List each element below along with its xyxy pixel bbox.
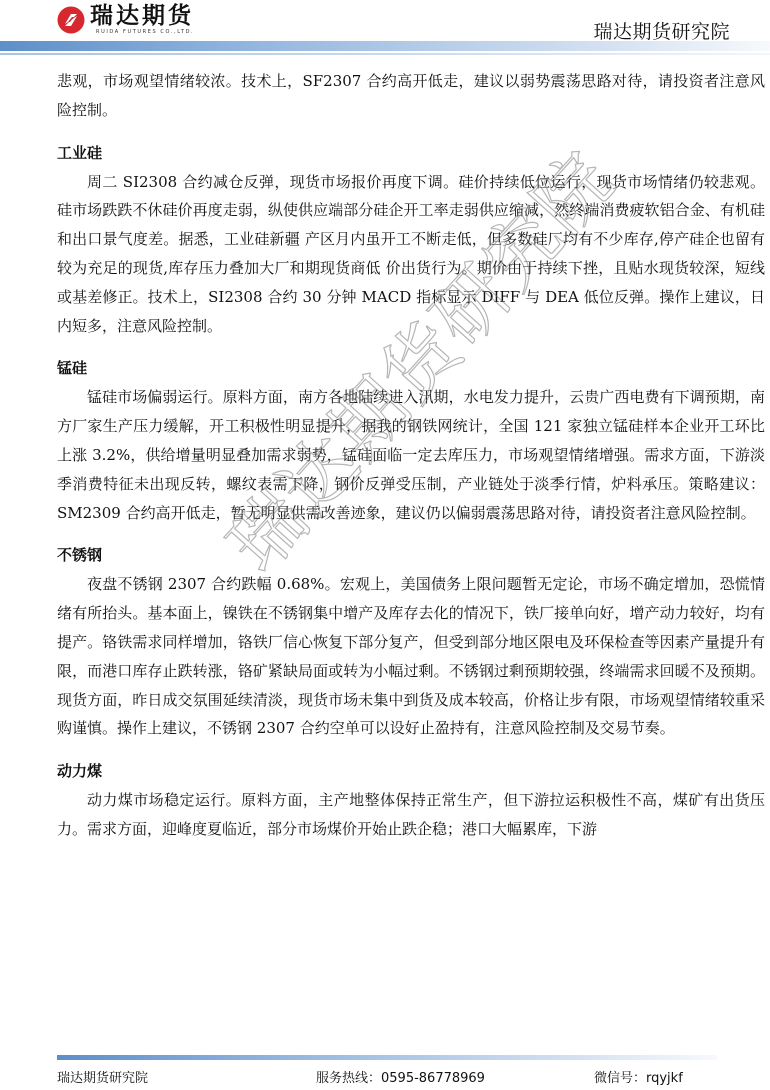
logo-english-name: RUIDA FUTURES CO.,LTD. bbox=[96, 29, 194, 36]
footer-divider-bar bbox=[57, 1055, 717, 1060]
paragraph: 夜盘不锈钢 2307 合约跌幅 0.68%。宏观上，美国债务上限问题暂无定论，市… bbox=[57, 570, 765, 743]
logo-chinese-name: 瑞达期货 bbox=[90, 3, 194, 29]
paragraph: 周二 SI2308 合约减仓反弹，现货市场报价再度下调。硅价持续低位运行，现货市… bbox=[57, 168, 765, 341]
header-divider-line bbox=[0, 53, 770, 55]
section-stainless-steel: 不锈钢 夜盘不锈钢 2307 合约跌幅 0.68%。宏观上，美国债务上限问题暂无… bbox=[57, 541, 765, 743]
section-thermal-coal: 动力煤 动力煤市场稳定运行。原料方面，主产地整体保持正常生产，但下游拉运积极性不… bbox=[57, 757, 765, 844]
section-heading: 不锈钢 bbox=[57, 541, 765, 569]
section-heading: 工业硅 bbox=[57, 139, 765, 167]
footer-wechat: 微信号：rqyjkf bbox=[594, 1067, 683, 1086]
paragraph: 悲观，市场观望情绪较浓。技术上，SF2307 合约高开低走，建议以弱势震荡思路对… bbox=[57, 67, 765, 125]
section-industrial-silicon: 工业硅 周二 SI2308 合约减仓反弹，现货市场报价再度下调。硅价持续低位运行… bbox=[57, 139, 765, 341]
header-divider-bar bbox=[0, 41, 770, 51]
header-title: 瑞达期货研究院 bbox=[593, 17, 730, 44]
ruida-logo-icon bbox=[56, 5, 86, 35]
company-logo: 瑞达期货 RUIDA FUTURES CO.,LTD. bbox=[56, 3, 194, 39]
section-silicomanganese: 锰硅 锰硅市场偏弱运行。原料方面，南方各地陆续进入汛期，水电发力提升，云贵广西电… bbox=[57, 354, 765, 527]
page-header: 瑞达期货 RUIDA FUTURES CO.,LTD. 瑞达期货研究院 bbox=[0, 0, 770, 58]
footer-org: 瑞达期货研究院 bbox=[57, 1067, 148, 1086]
page-footer: 瑞达期货研究院 服务热线：0595-86778969 微信号：rqyjkf bbox=[57, 1067, 757, 1087]
footer-hotline: 服务热线：0595-86778969 bbox=[316, 1067, 485, 1086]
section-heading: 锰硅 bbox=[57, 354, 765, 382]
section-heading: 动力煤 bbox=[57, 757, 765, 785]
section-continued: 悲观，市场观望情绪较浓。技术上，SF2307 合约高开低走，建议以弱势震荡思路对… bbox=[57, 67, 765, 125]
report-body: 悲观，市场观望情绪较浓。技术上，SF2307 合约高开低走，建议以弱势震荡思路对… bbox=[57, 67, 765, 844]
paragraph: 动力煤市场稳定运行。原料方面，主产地整体保持正常生产，但下游拉运积极性不高，煤矿… bbox=[57, 786, 765, 844]
paragraph: 锰硅市场偏弱运行。原料方面，南方各地陆续进入汛期，水电发力提升，云贵广西电费有下… bbox=[57, 383, 765, 527]
